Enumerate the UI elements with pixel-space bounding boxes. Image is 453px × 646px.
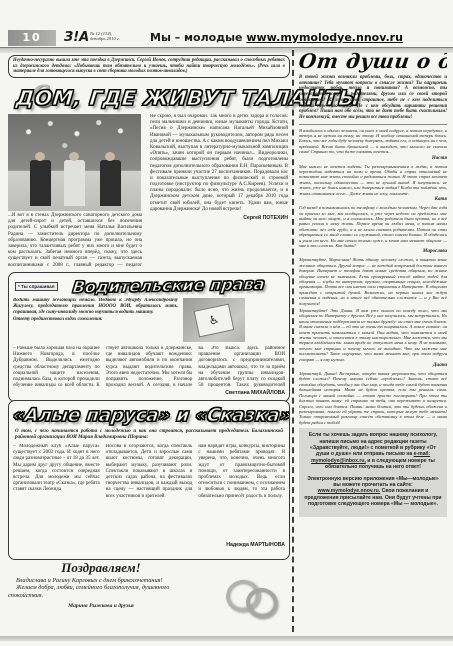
masthead-site-link[interactable]: www.mymolodye.nnov.ru (246, 31, 403, 44)
contact-box: Если ты хочешь задать вопрос нашему псих… (299, 428, 447, 516)
driving-article-columns: – Раньше была хорошая база на окраине Ни… (13, 346, 285, 388)
sails-article-intro: О том, с чего начинается работа с молоде… (15, 429, 283, 441)
lead-article-body: ...И вот я в стенах Дзержинского санатор… (8, 114, 288, 269)
lead-article-photo (8, 114, 141, 211)
driving-article-intro-row: Водить машину желающих немало. Недавно к… (13, 298, 285, 344)
photo-figure-center (64, 160, 85, 206)
driving-text-2: ствует автошкола только в Дзержинске, гд… (106, 346, 193, 388)
letter-signature: Катя (299, 197, 447, 203)
congrats-line-1: Владислава и Рагину Карловых с днем брак… (8, 577, 194, 584)
reader-letter: Мне никого не хочется видеть. Ты разочар… (299, 164, 447, 196)
contact-box-text-2: Электронную версию приложения «Мы—молоды… (304, 476, 442, 508)
congrats-section: Поздравляем! Владислава и Рагину Карловы… (8, 560, 194, 630)
letter-signature: Мирослава (299, 249, 447, 255)
congrats-title: Поздравляем! (8, 560, 194, 575)
sails-text-2: Носова и огорчаются, когда спектакль отк… (106, 444, 193, 540)
lead-article-column-1: ...И вот я в стенах Дзержинского санатор… (8, 114, 142, 269)
driving-article-signature: Светлана МИХАЙЛОВА (13, 390, 285, 397)
newspaper-logo: З!А (64, 29, 89, 46)
masthead-title: Мы – молодые (150, 31, 243, 44)
contact-box-text-1: Если ты хочешь задать вопрос нашему псих… (304, 432, 442, 470)
congrats-signature: Марина Рыжкова и друзья (8, 602, 194, 610)
congrats-line-2: Желаем добра, любви, семейного благополу… (8, 584, 194, 599)
soul-column: От души о душе! В твоей жизни возникли п… (292, 50, 447, 632)
psychologist-reply: Здравствуй, Диана! Во-первых, откуда так… (299, 371, 447, 425)
driving-intro-text: Водить машину желающих немало. Недавно к… (13, 298, 178, 315)
lead-article-signature: Сергей ПОТЕХИН (150, 215, 288, 222)
photo-figure-left (30, 160, 51, 206)
photo-figure-right (100, 160, 121, 206)
sails-article-title: «Алые паруса» и «Сказка» (12, 405, 287, 426)
footer-bar (0, 636, 453, 641)
site-link[interactable]: www.mymolodye.nnov.ru. (318, 488, 381, 494)
sails-article: «Алые паруса» и «Сказка» О том, с чего н… (8, 400, 290, 560)
sails-article-signature: Надежда МАРТЫНОВА (13, 542, 285, 549)
psychologist-reply: Здравствуйте, Мирослава! Жить одному чел… (299, 257, 447, 306)
soul-column-intro: В твоей жизни возникли проблемы, боль, с… (299, 75, 447, 121)
reader-letter: Здравствуйте! Это Диана. Я вам уже писал… (299, 308, 447, 362)
driving-article-photo: ♿ (183, 298, 245, 342)
divider (299, 124, 447, 125)
reader-letter: Я влюбилась в одного человека, он ушёл к… (299, 128, 447, 155)
sails-text-3: нам нарядят игры, конкурсы, викторины с … (198, 444, 285, 540)
masthead: Мы – молодые www.mymolodye.nnov.ru (150, 30, 447, 45)
lead-article-headline: 6 ДОМ, ГДЕ ЖИВУТ ТАЛАНТЫ (10, 84, 288, 112)
letter-signature: Настя (299, 156, 447, 162)
soul-column-title: От души о душе! (297, 50, 447, 72)
driving-text-1: – Раньше была хорошая база на окраине Ни… (13, 346, 100, 388)
issue-date: декабрь 2010 г. (90, 36, 120, 41)
sails-article-columns: – Молодежный клуб «Алые паруса» существу… (13, 444, 285, 540)
lead-article-text-2: Не скрою, я был очарован. Так много в де… (150, 114, 288, 213)
rubric-label: * Ты спрашивал (15, 282, 58, 291)
wheelchair-icon: ♿ (194, 304, 235, 338)
page-number: 10 (8, 30, 56, 46)
driving-article-header: * Ты спрашивал Водительские права (13, 276, 285, 298)
lead-article-intro: Неудачно-несуразно вышла мне эта поездка… (8, 55, 290, 78)
wedding-rings-photo (198, 562, 288, 626)
driving-article: * Ты спрашивал Водительские права Водить… (8, 272, 290, 402)
newspaper-page: 10 З!А № 12 (134), декабрь 2010 г. Мы – … (0, 0, 453, 646)
lead-article-text-1: ...И вот я в стенах Дзержинского санатор… (8, 213, 142, 269)
driving-text-3: ва. Это Выкса. Здесь районное правление … (198, 346, 285, 388)
contact-text: Электронную версию приложения «Мы—молоды… (307, 476, 438, 488)
sails-text-1: – Молодежный клуб «Алые паруса» существу… (13, 444, 100, 540)
lead-article-column-2: Не скрою, я был очарован. Так много в де… (150, 114, 288, 269)
letter-signature: Диана (299, 363, 447, 369)
issue-info: № 12 (134), декабрь 2010 г. (90, 31, 120, 42)
reader-letter: Год назад я познакомилась по телефону с … (299, 205, 447, 248)
driving-lead-in: Ответу предшествовал вздох сожаления: (13, 317, 178, 323)
driving-article-intro: Водить машину желающих немало. Недавно к… (13, 298, 178, 344)
driving-article-title: Водительские права (72, 274, 266, 296)
